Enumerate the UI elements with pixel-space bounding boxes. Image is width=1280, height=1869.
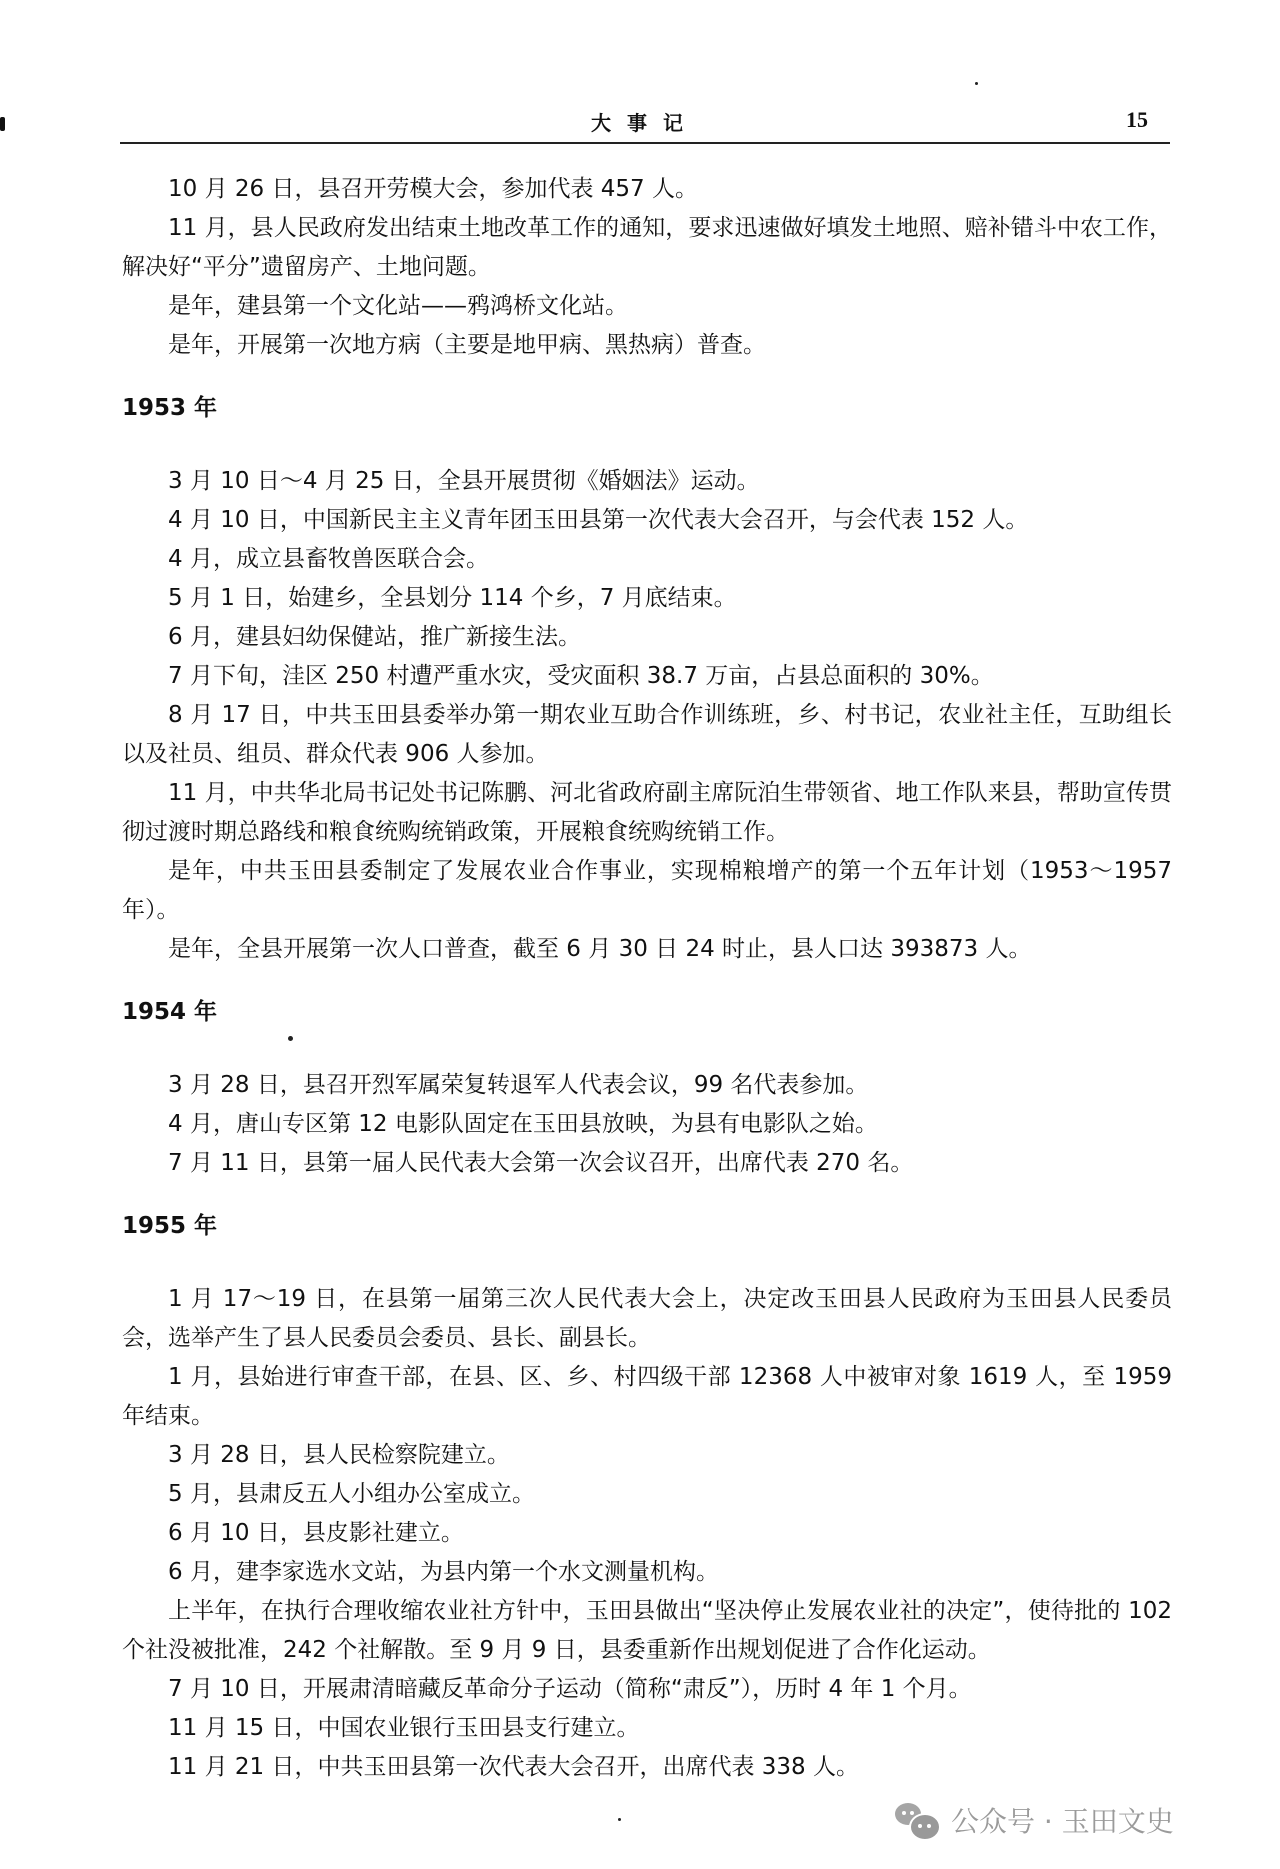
wechat-icon [895, 1801, 939, 1839]
entry: 3 月 28 日，县召开烈军属荣复转退军人代表会议，99 名代表参加。 [122, 1066, 1172, 1105]
entry: 7 月 10 日，开展肃清暗藏反革命分子运动（简称“肃反”），历时 4 年 1 … [122, 1670, 1172, 1709]
entry: 11 月，县人民政府发出结束土地改革工作的通知，要求迅速做好填发土地照、赔补错斗… [122, 209, 1172, 287]
entry: 11 月 15 日，中国农业银行玉田县支行建立。 [122, 1709, 1172, 1748]
entry: 是年，全县开展第一次人口普查，截至 6 月 30 日 24 时止，县人口达 39… [122, 930, 1172, 969]
entry: 6 月，建李家选水文站，为县内第一个水文测量机构。 [122, 1553, 1172, 1592]
page-header: 大事记 15 [120, 95, 1170, 145]
scan-edge-mark [0, 117, 5, 131]
section-1953: 1953 年 3 月 10 日～4 月 25 日，全县开展贯彻《婚姻法》运动。 … [122, 389, 1172, 969]
scan-speck [618, 1818, 621, 1821]
entry: 8 月 17 日，中共玉田县委举办第一期农业互助合作训练班，乡、村书记，农业社主… [122, 696, 1172, 774]
entry: 11 月，中共华北局书记处书记陈鹏、河北省政府副主席阮泊生带领省、地工作队来县，… [122, 774, 1172, 852]
entry: 3 月 10 日～4 月 25 日，全县开展贯彻《婚姻法》运动。 [122, 462, 1172, 501]
entry: 3 月 28 日，县人民检察院建立。 [122, 1436, 1172, 1475]
scan-speck [288, 1036, 293, 1041]
entry: 5 月 1 日，始建乡，全县划分 114 个乡，7 月底结束。 [122, 579, 1172, 618]
year-heading: 1953 年 [122, 389, 1172, 428]
entry: 7 月 11 日，县第一届人民代表大会第一次会议召开，出席代表 270 名。 [122, 1144, 1172, 1183]
page-number: 15 [1126, 107, 1148, 133]
section-1955: 1955 年 1 月 17～19 日，在县第一届第三次人民代表大会上，决定改玉田… [122, 1207, 1172, 1787]
watermark: 公众号 · 玉田文史 [895, 1800, 1174, 1840]
document-body: 10 月 26 日，县召开劳模大会，参加代表 457 人。 11 月，县人民政府… [122, 170, 1172, 1787]
entry: 6 月，建县妇幼保健站，推广新接生法。 [122, 618, 1172, 657]
entry: 4 月 10 日，中国新民主主义青年团玉田县第一次代表大会召开，与会代表 152… [122, 501, 1172, 540]
entry: 是年，建县第一个文化站——鸦鸿桥文化站。 [122, 287, 1172, 326]
entry: 5 月，县肃反五人小组办公室成立。 [122, 1475, 1172, 1514]
entry: 6 月 10 日，县皮影社建立。 [122, 1514, 1172, 1553]
entry: 是年，开展第一次地方病（主要是地甲病、黑热病）普查。 [122, 326, 1172, 365]
section-1952-continued: 10 月 26 日，县召开劳模大会，参加代表 457 人。 11 月，县人民政府… [122, 170, 1172, 365]
scan-speck [975, 82, 978, 85]
entry: 11 月 21 日，中共玉田县第一次代表大会召开，出席代表 338 人。 [122, 1748, 1172, 1787]
entry: 1 月 17～19 日，在县第一届第三次人民代表大会上，决定改玉田县人民政府为玉… [122, 1280, 1172, 1358]
entry: 4 月，成立县畜牧兽医联合会。 [122, 540, 1172, 579]
watermark-text: 公众号 · 玉田文史 [951, 1800, 1174, 1840]
entry: 1 月，县始进行审查干部，在县、区、乡、村四级干部 12368 人中被审对象 1… [122, 1358, 1172, 1436]
entry: 上半年，在执行合理收缩农业社方针中，玉田县做出“坚决停止发展农业社的决定”，使待… [122, 1592, 1172, 1670]
running-title: 大事记 [120, 107, 1170, 136]
entry: 是年，中共玉田县委制定了发展农业合作事业，实现棉粮增产的第一个五年计划（1953… [122, 852, 1172, 930]
entry: 7 月下旬，洼区 250 村遭严重水灾，受灾面积 38.7 万亩，占县总面积的 … [122, 657, 1172, 696]
section-1954: 1954 年 3 月 28 日，县召开烈军属荣复转退军人代表会议，99 名代表参… [122, 993, 1172, 1183]
year-heading: 1955 年 [122, 1207, 1172, 1246]
entry: 4 月，唐山专区第 12 电影队固定在玉田县放映，为县有电影队之始。 [122, 1105, 1172, 1144]
header-rule [120, 142, 1170, 144]
year-heading: 1954 年 [122, 993, 1172, 1032]
entry: 10 月 26 日，县召开劳模大会，参加代表 457 人。 [122, 170, 1172, 209]
